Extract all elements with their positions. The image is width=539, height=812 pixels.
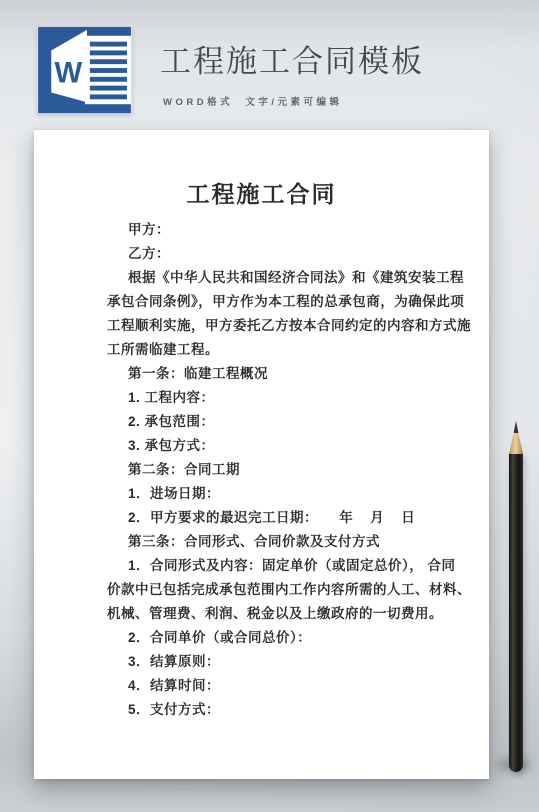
document-line: 乙方： (107, 242, 489, 266)
document-title: 工程施工合同 (34, 180, 489, 209)
document-line: 3. 承包方式： (107, 434, 489, 458)
document-line: 1．合同形式及内容：固定单价（或固定总价）， 合同 (107, 554, 489, 578)
document-line: 机械、管理费、利润、税金以及上缴政府的一切费用。 (107, 602, 489, 626)
word-logo-svg: W (37, 27, 132, 113)
document-line: 第三条：合同形式、合同价款及支付方式 (107, 530, 489, 554)
document-line: 1．进场日期： (107, 482, 489, 506)
document-line: 2．甲方要求的最迟完工日期： 年 月 日 (107, 506, 489, 530)
document-line: 3．结算原则： (107, 650, 489, 674)
pencil-body (509, 453, 523, 772)
word-logo-icon: W (37, 27, 132, 113)
document-line: 2．合同单价（或合同总价）： (107, 626, 489, 650)
document-line: 承包合同条例》，甲方作为本工程的总承包商，为确保此项 (107, 290, 489, 314)
document-line: 4．结算时间： (107, 674, 489, 698)
document-line: 第二条：合同工期 (107, 458, 489, 482)
document-line: 第一条：临建工程概况 (107, 362, 489, 386)
document-line: 2. 承包范围： (107, 410, 489, 434)
poster-background: W 工程施工合同模板 WORD格式 文字/元素可编辑 工程施工合同 甲方：乙方：… (0, 0, 539, 812)
header: W 工程施工合同模板 WORD格式 文字/元素可编辑 (0, 0, 539, 125)
document-line: 价款中已包括完成承包范围内工作内容所需的人工、材料、 (107, 578, 489, 602)
header-text-block: 工程施工合同模板 WORD格式 文字/元素可编辑 (160, 42, 424, 108)
pencil-lead-tip (514, 421, 519, 433)
poster-subtitle: WORD格式 文字/元素可编辑 (163, 94, 424, 108)
word-logo-letter: W (55, 57, 83, 90)
pencil-image (509, 419, 523, 774)
document-line: 甲方： (107, 218, 489, 242)
poster-title: 工程施工合同模板 (160, 42, 424, 82)
document-body: 甲方：乙方：根据《中华人民共和国经济合同法》和《建筑安装工程承包合同条例》，甲方… (34, 218, 489, 722)
document-line: 5．支付方式： (107, 698, 489, 722)
document-line: 1. 工程内容： (107, 386, 489, 410)
document-line: 工程顺利实施，甲方委托乙方按本合同约定的内容和方式施 (107, 314, 489, 338)
document-page: 工程施工合同 甲方：乙方：根据《中华人民共和国经济合同法》和《建筑安装工程承包合… (34, 130, 489, 779)
document-line: 工所需临建工程。 (107, 338, 489, 362)
document-line: 根据《中华人民共和国经济合同法》和《建筑安装工程 (107, 266, 489, 290)
